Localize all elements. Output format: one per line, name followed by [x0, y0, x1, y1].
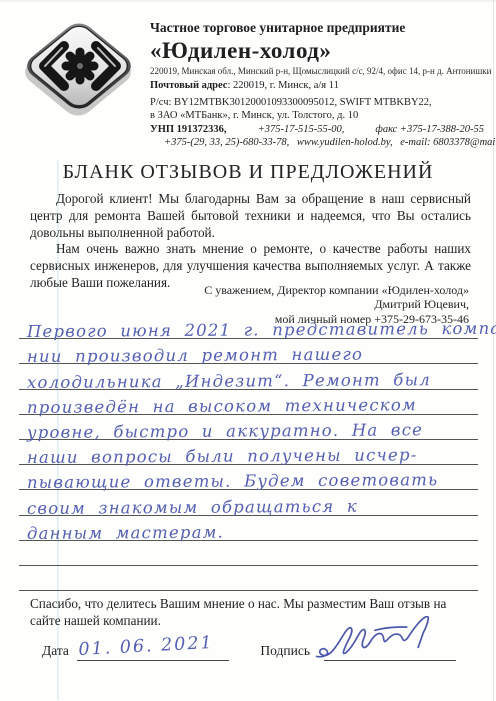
contacts-row: +375-(29, 33, 25)-680-33-78, www.yudilen… — [150, 137, 490, 149]
handwritten-date: 01. 06. 2021 — [78, 633, 214, 660]
review-ruled-line: уровне, быстро и аккуратно. На все — [19, 415, 478, 440]
handwritten-review-line: своим знакомым обращаться к — [27, 496, 358, 517]
unp-phone-row: УНП 191372336, +375-17-515-55-00, факс +… — [150, 124, 490, 136]
director-name: Дмитрий Юцевич, — [204, 297, 469, 311]
handwritten-review-line: произведён на высоком техническом — [27, 395, 417, 417]
review-writing-area: Первого июня 2021 г. представитель компа… — [19, 314, 478, 591]
review-ruled-line: нии производил ремонт нашего — [19, 339, 478, 364]
date-field: Дата 01. 06. 2021 — [42, 636, 229, 661]
postal-address-value: : 220019, г. Минск, а/я 11 — [227, 80, 338, 91]
unp-number: УНП 191372336, — [150, 124, 227, 136]
form-title: БЛАНК ОТЗЫВОВ И ПРЕДЛОЖЕНИЙ — [0, 161, 496, 184]
date-line: 01. 06. 2021 — [77, 636, 229, 661]
review-ruled-line: своим знакомым обращаться к — [19, 490, 478, 515]
company-address: 220019, Минская обл., Минский р-н, Щомыс… — [150, 66, 490, 77]
review-ruled-line: холодильника „Индезит“. Ремонт был — [19, 364, 478, 389]
website: www.yudilen-holod.by, — [297, 137, 393, 148]
handwritten-review-line: данным мастерам. — [27, 522, 224, 542]
company-name: «Юдилен-холод» — [150, 37, 490, 64]
handwritten-review-line: холодильника „Индезит“. Ремонт был — [27, 370, 431, 392]
handwritten-review-line: наши вопросы были получены исчер- — [27, 445, 418, 467]
company-type: Частное торговое унитарное предприятие — [150, 20, 490, 36]
signature-line — [324, 636, 456, 661]
review-ruled-line: данным мастерам. — [19, 516, 478, 541]
phone-extra: +375-(29, 33, 25)-680-33-78, — [164, 137, 289, 148]
scan-edge-top — [0, 0, 496, 2]
phone-main: +375-17-515-55-00, — [258, 124, 345, 136]
bank-name: в ЗАО «МТБанк», г. Минск, ул. Толстого, … — [150, 110, 490, 122]
intro-paragraph: Дорогой клиент! Мы благодарны Вам за обр… — [30, 191, 471, 241]
signature-label: Подпись — [260, 643, 310, 661]
review-ruled-line: произведён на высоком техническом — [19, 390, 478, 415]
review-ruled-line: наши вопросы были получены исчер- — [19, 440, 478, 465]
scan-edge-right — [493, 0, 494, 701]
postal-address-label: Почтовый адрес — [150, 80, 227, 91]
bank-account: Р/сч: BY12MTBK30120001093300095012, SWIF… — [150, 97, 490, 109]
signature-field: Подпись — [260, 636, 456, 661]
review-ruled-line: Первого июня 2021 г. представитель компа… — [19, 314, 478, 339]
review-ruled-line-empty — [19, 566, 478, 591]
company-diamond-snowflake-logo — [14, 10, 146, 122]
signature-handwriting — [310, 616, 458, 664]
snowflake-asterisk-icon — [66, 52, 94, 80]
scanned-feedback-form: Частное торговое унитарное предприятие «… — [0, 0, 496, 701]
date-signature-row: Дата 01. 06. 2021 Подпись — [42, 636, 456, 661]
handwritten-review-line: Первого июня 2021 г. представитель компа… — [27, 319, 496, 341]
handwritten-review-line: пывающие ответы. Будем советовать — [27, 470, 438, 492]
handwritten-review-line: нии производил ремонт нашего — [27, 345, 363, 366]
date-label: Дата — [42, 643, 69, 661]
postal-address: Почтовый адрес: 220019, г. Минск, а/я 11 — [150, 80, 490, 92]
email: e-mail: 6803378@mail.ru — [400, 137, 496, 148]
intro-text: Дорогой клиент! Мы благодарны Вам за обр… — [30, 191, 471, 292]
review-ruled-line: пывающие ответы. Будем советовать — [19, 465, 478, 490]
review-ruled-line-empty — [19, 541, 478, 566]
handwritten-review-line: уровне, быстро и аккуратно. На все — [27, 420, 423, 442]
letterhead: Частное торговое унитарное предприятие «… — [150, 20, 490, 150]
signoff-line: С уважением, Директор компании «Юдилен-х… — [204, 283, 469, 297]
fax-number: факс +375-17-388-20-55 — [375, 124, 484, 136]
